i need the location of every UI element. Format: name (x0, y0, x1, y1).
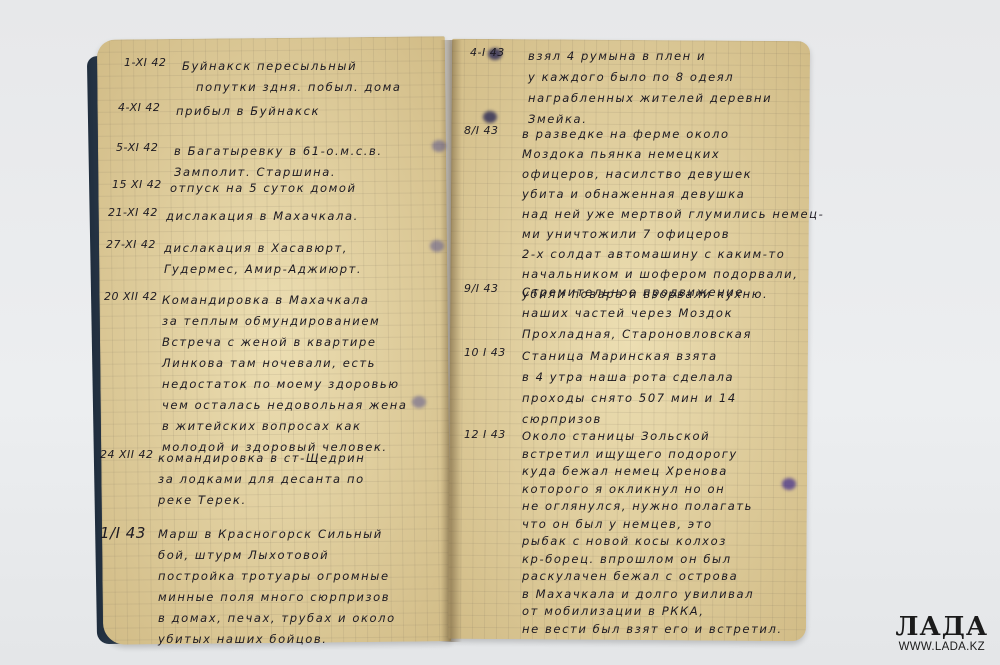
entry-line: в Махачкала и долго увиливал (522, 586, 783, 604)
entry-date: 20 XII 42 (104, 290, 158, 303)
watermark-brand: ЛАДА (896, 613, 988, 641)
entry-line: в разведке на ферме около (522, 124, 824, 144)
entry-line: не оглянулся, нужно полагать (522, 498, 783, 516)
entry-date: 4-I 43 (470, 46, 505, 59)
entry-line: в житейских вопросах как (162, 416, 408, 437)
entry-date: 12 I 43 (464, 428, 506, 441)
entry-line: взял 4 румына в плен и (528, 46, 772, 67)
entry-date: 15 XI 42 (112, 178, 162, 191)
entry-line: над ней уже мертвой глумились немец- (522, 204, 824, 224)
entry-line: куда бежал немец Хренова (522, 463, 783, 481)
lada-watermark: ЛАДА WWW.LADA.KZ (896, 613, 988, 653)
entry-line: Встреча с женой в квартире (162, 332, 408, 353)
entry-line: награбленных жителей деревни (528, 88, 772, 109)
entry-line: Стремительное продвижение (522, 282, 752, 303)
entry-line: Буйнакск пересыльный (182, 56, 402, 77)
diary-entry: 8/I 43 в разведке на ферме около Моздока… (464, 124, 824, 304)
entry-line: Марш в Красногорск Сильный (158, 524, 396, 545)
diary-entry: 4-XI 42 прибыл в Буйнакск (118, 101, 320, 122)
entry-line: недостаток по моему здоровью (162, 374, 408, 395)
entry-line: за теплым обмундированием (162, 311, 408, 332)
diary-entry: 27-XI 42 дислакация в Хасавюрт, Гудермес… (106, 238, 362, 280)
entry-line: сюрпризов (522, 409, 737, 430)
entry-line: офицеров, насилство девушек (522, 164, 824, 184)
entry-line: в домах, печах, трубах и около (158, 608, 396, 629)
entry-date: 27-XI 42 (106, 238, 156, 251)
entry-line: Станица Маринская взята (522, 346, 737, 367)
entry-date: 21-XI 42 (108, 206, 158, 219)
entry-line: не вести был взят его и встретил. (522, 621, 783, 639)
entry-date: 8/I 43 (464, 124, 498, 137)
entry-line: Около станицы Зольской (522, 428, 783, 446)
entry-line: 2-х солдат автомашину с каким-то (522, 244, 824, 264)
entry-line: бой, штурм Лыхотовой (158, 545, 396, 566)
entry-line: реке Терек. (158, 490, 365, 511)
entry-date: 24 XII 42 (100, 448, 154, 461)
entry-line: Моздока пьянка немецких (522, 144, 824, 164)
entry-line: встретил ищущего подорогу (522, 446, 783, 464)
diary-entry: 24 XII 42 командировка в ст-Щедрин за ло… (100, 448, 365, 511)
diary-entry: 9/I 43 Стремительное продвижение наших ч… (464, 282, 752, 345)
entry-line: минные поля много сюрпризов (158, 587, 396, 608)
entry-line: в Багатыревку в 61-о.м.с.в. (174, 141, 383, 162)
entry-line: прибыл в Буйнакск (176, 101, 320, 122)
entry-line: Командировка в Махачкала (162, 290, 408, 311)
diary-entry: 1/I 43 Марш в Красногорск Сильный бой, ш… (100, 524, 396, 650)
watermark-url: WWW.LADA.KZ (896, 641, 988, 653)
entry-date: 1-XI 42 (124, 56, 166, 69)
entry-line: постройка тротуары огромные (158, 566, 396, 587)
ink-blot (432, 140, 446, 152)
entry-line: убитых наших бойцов. (158, 629, 396, 650)
ink-blot (782, 478, 796, 490)
entry-line: раскулачен бежал с острова (522, 568, 783, 586)
entry-line: у каждого было по 8 одеял (528, 67, 772, 88)
entry-date: 5-XI 42 (116, 141, 158, 154)
entry-line: начальником и шофером подорвали, (522, 264, 824, 284)
notebook-spine (440, 40, 462, 642)
entry-line: рыбак с новой косы колхоз (522, 533, 783, 551)
entry-line: чем осталась недовольная жена (162, 395, 408, 416)
diary-entry: 20 XII 42 Командировка в Махачкала за те… (104, 290, 408, 458)
diary-entry: 5-XI 42 в Багатыревку в 61-о.м.с.в. Замп… (116, 141, 383, 183)
entry-date: 9/I 43 (464, 282, 498, 295)
entry-line: за лодками для десанта по (158, 469, 365, 490)
diary-entry: 15 XI 42 отпуск на 5 суток домой (112, 178, 357, 199)
entry-line: от мобилизации в РККА, (522, 603, 783, 621)
diary-entry: 10 I 43 Станица Маринская взята в 4 утра… (464, 346, 737, 430)
diary-entry: 12 I 43 Около станицы Зольской встретил … (464, 428, 783, 638)
diary-entry: 4-I 43 взял 4 румына в плен и у каждого … (470, 46, 772, 130)
entry-line: Линкова там ночевали, есть (162, 353, 408, 374)
entry-line: отпуск на 5 суток домой (170, 178, 357, 199)
entry-line: наших частей через Моздок (522, 303, 752, 324)
entry-line: что он был у немцев, это (522, 516, 783, 534)
entry-line: убита и обнаженная девушка (522, 184, 824, 204)
diary-entry: 1-XI 42 Буйнакск пересыльный попутки здн… (124, 56, 402, 98)
entry-line: дислакация в Махачкала. (166, 206, 359, 227)
entry-line: дислакация в Хасавюрт, (164, 238, 362, 259)
entry-date: 1/I 43 (100, 524, 146, 542)
entry-line: попутки здня. побыл. дома (196, 77, 402, 98)
diary-entry: 21-XI 42 дислакация в Махачкала. (108, 206, 359, 227)
entry-line: проходы снято 507 мин и 14 (522, 388, 737, 409)
entry-line: ми уничтожили 7 офицеров (522, 224, 824, 244)
entry-line: кр-борец. впрошлом он был (522, 551, 783, 569)
entry-line: Гудермес, Амир-Аджиюрт. (164, 259, 362, 280)
ink-blot (412, 396, 426, 408)
entry-line: Прохладная, Староновловская (522, 324, 752, 345)
entry-date: 4-XI 42 (118, 101, 160, 114)
ink-blot (430, 240, 444, 252)
entry-line: командировка в ст-Щедрин (158, 448, 365, 469)
entry-line: в 4 утра наша рота сделала (522, 367, 737, 388)
entry-line: которого я окликнул но он (522, 481, 783, 499)
entry-date: 10 I 43 (464, 346, 506, 359)
